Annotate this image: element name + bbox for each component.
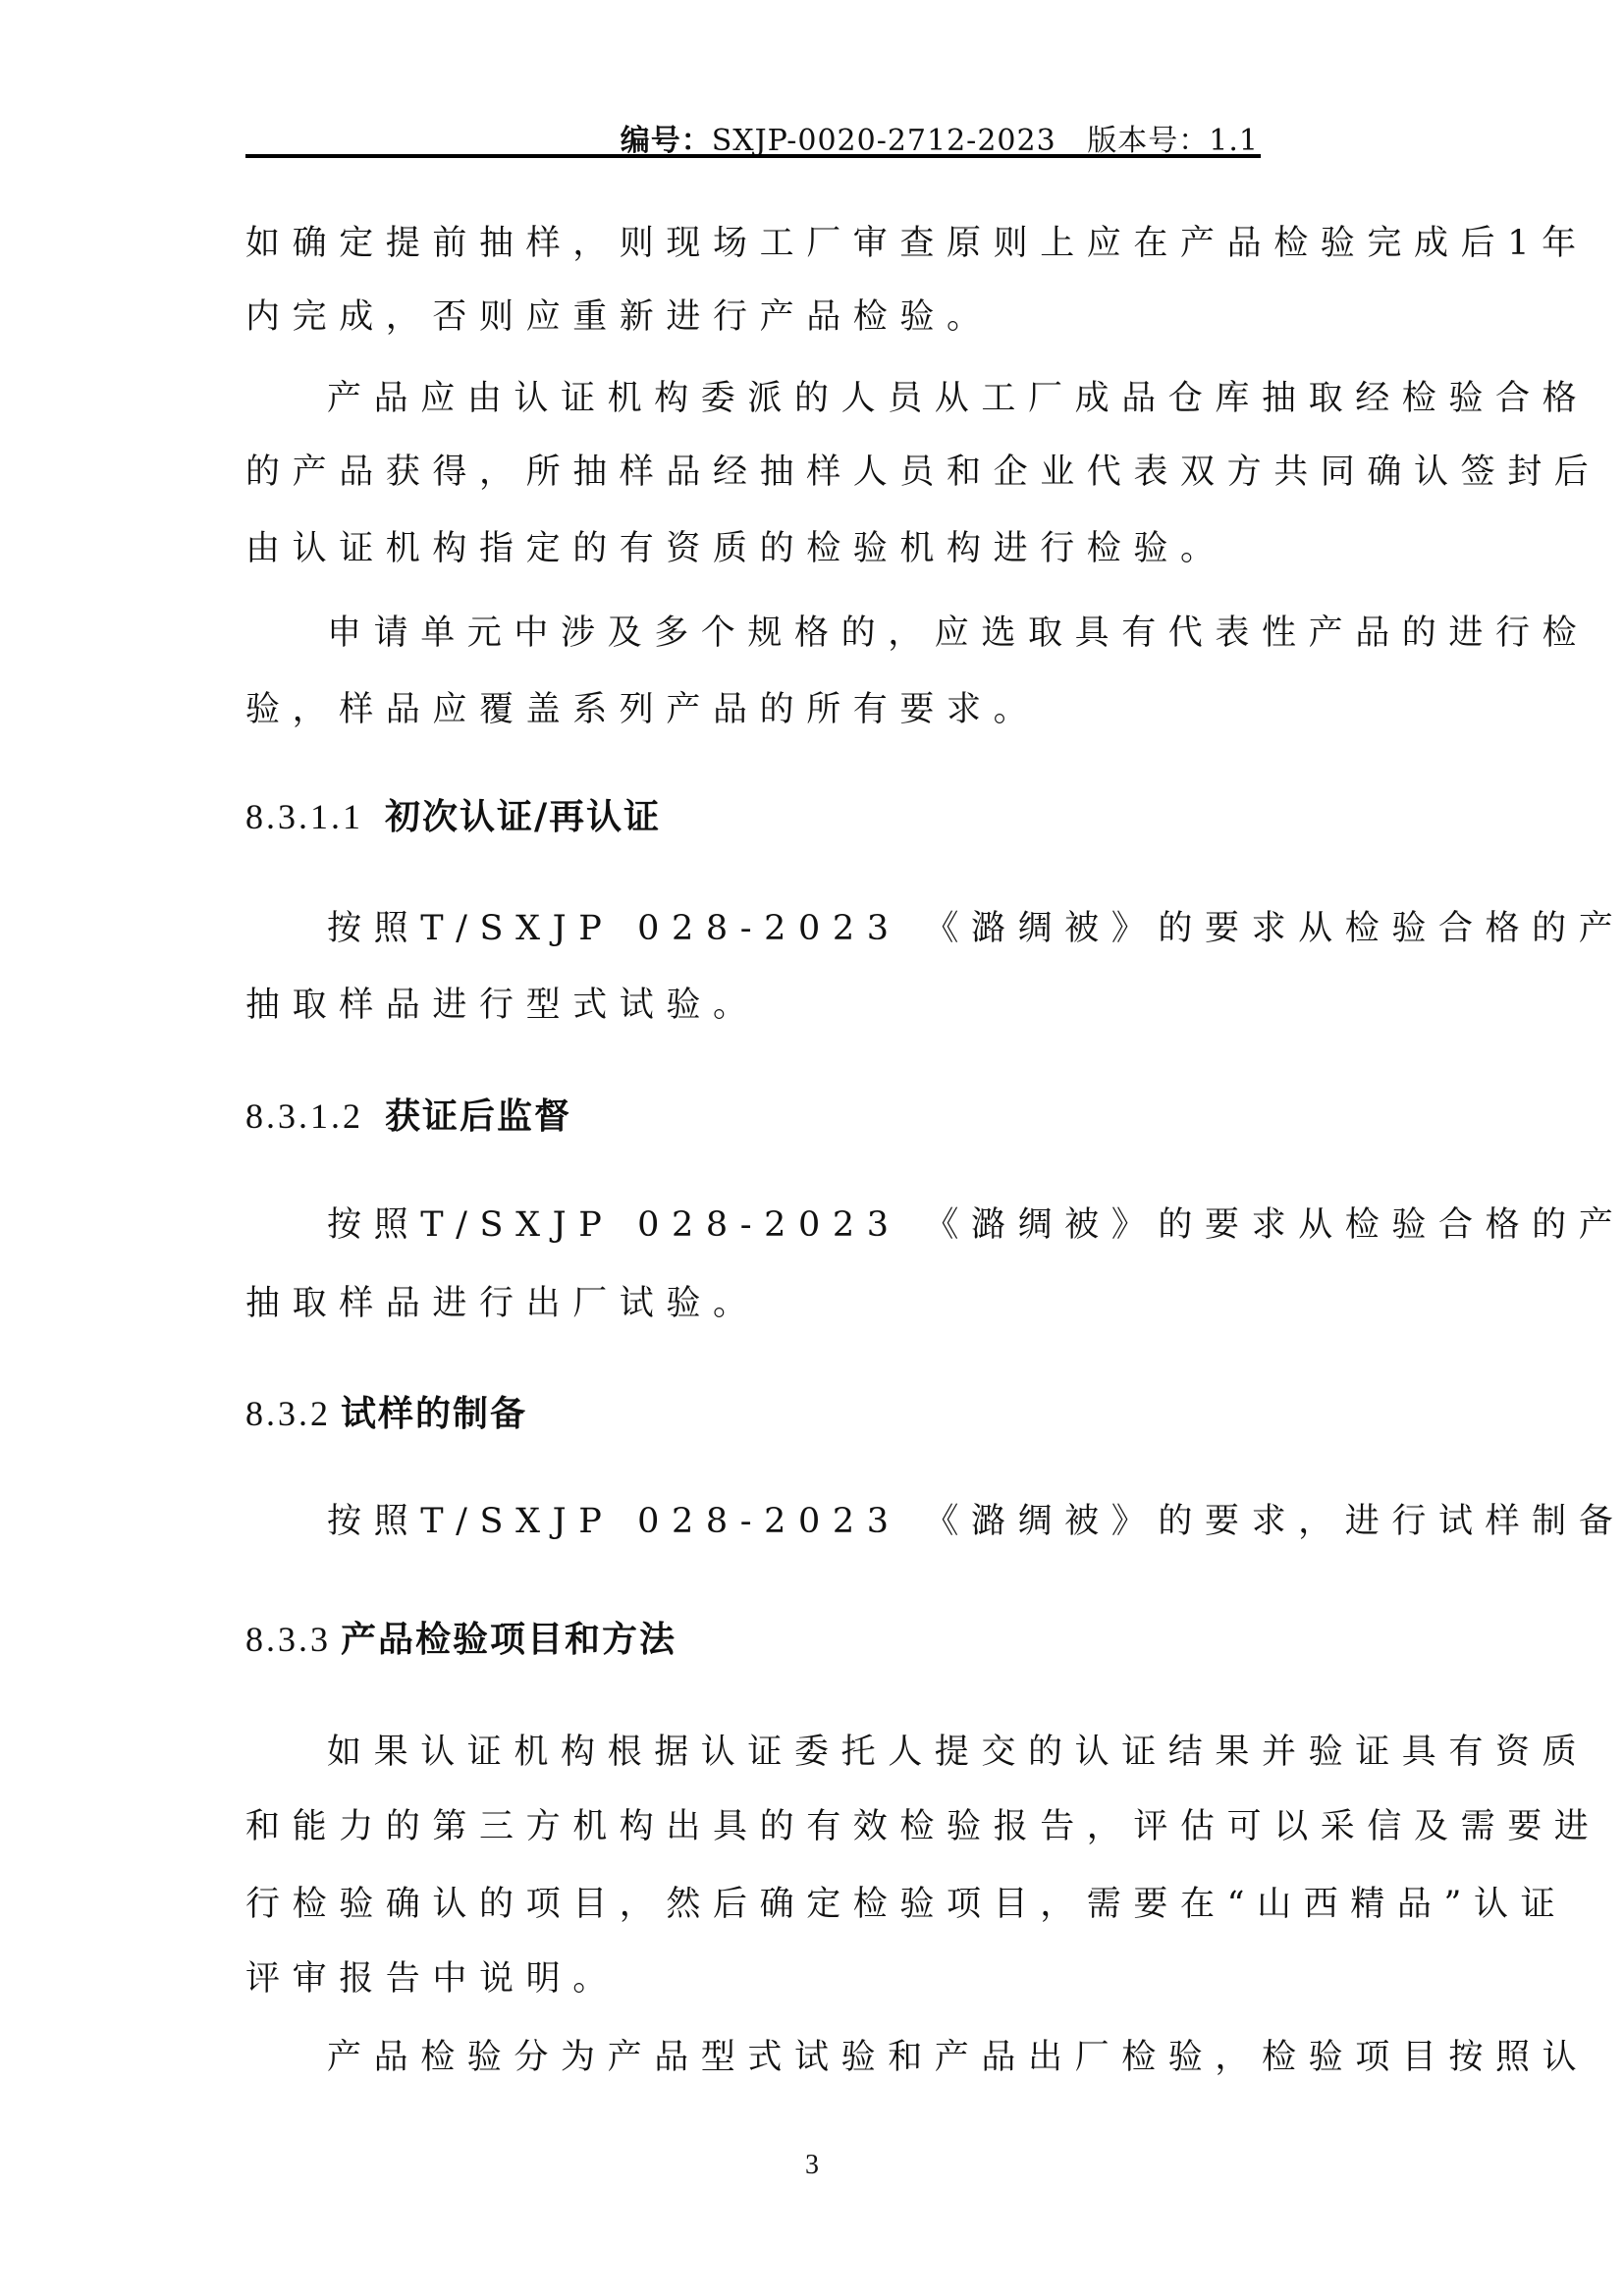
- paragraph-line: 验，样品应覆盖系列产品的所有要求。: [245, 688, 1394, 731]
- section-title: 试样的制备: [341, 1393, 527, 1434]
- header-divider: [245, 154, 1261, 158]
- section-heading-8-3-3: 8.3.3产品检验项目和方法: [245, 1618, 677, 1661]
- paragraph-line: 由认证机构指定的有资质的检验机构进行检验。: [245, 527, 1394, 570]
- section-heading-8-3-1-1: 8.3.1.1初次认证/再认证: [245, 795, 661, 838]
- section-number: 8.3.3: [245, 1620, 331, 1659]
- paragraph-line: 按照T/SXJP 028-2023 《潞绸被》的要求从检验合格的产品中: [327, 907, 1476, 950]
- section-heading-8-3-1-2: 8.3.1.2获证后监督: [245, 1095, 571, 1138]
- paragraph-line: 按照T/SXJP 028-2023 《潞绸被》的要求，进行试样制备。: [327, 1500, 1476, 1543]
- paragraph-line: 抽取样品进行出厂试验。: [245, 1282, 1394, 1325]
- paragraph-line: 行检验确认的项目，然后确定检验项目，需要在“山西精品”认证: [245, 1883, 1394, 1926]
- section-number: 8.3.1.1: [245, 797, 363, 836]
- version-number: 1.1: [1209, 124, 1259, 158]
- section-title: 初次认证/再认证: [385, 796, 661, 837]
- paragraph-line: 产品应由认证机构委派的人员从工厂成品仓库抽取经检验合格: [327, 377, 1476, 420]
- version-label: 版本号：: [1087, 124, 1209, 158]
- doc-number-label: 编号：: [621, 124, 712, 158]
- section-number: 8.3.1.2: [245, 1096, 363, 1136]
- paragraph-line: 和能力的第三方机构出具的有效检验报告，评估可以采信及需要进: [245, 1805, 1394, 1848]
- section-heading-8-3-2: 8.3.2试样的制备: [245, 1392, 527, 1435]
- paragraph-line: 抽取样品进行型式试验。: [245, 984, 1394, 1027]
- paragraph-line: 申请单元中涉及多个规格的，应选取具有代表性产品的进行检: [327, 612, 1476, 655]
- section-number: 8.3.2: [245, 1394, 331, 1433]
- paragraph-line: 的产品获得，所抽样品经抽样人员和企业代表双方共同确认签封后: [245, 451, 1394, 494]
- page-header: 编号：SXJP-0020-2712-2023 版本号：1.1: [621, 116, 1259, 159]
- page-number: 3: [0, 2150, 1624, 2181]
- paragraph-line: 评审报告中说明。: [245, 1957, 1394, 2001]
- paragraph-line: 产品检验分为产品型式试验和产品出厂检验，检验项目按照认: [327, 2036, 1476, 2079]
- doc-number: SXJP-0020-2712-2023: [712, 124, 1056, 158]
- paragraph-line: 如果认证机构根据认证委托人提交的认证结果并验证具有资质: [327, 1731, 1476, 1774]
- paragraph-line: 内完成，否则应重新进行产品检验。: [245, 295, 1394, 339]
- section-title: 产品检验项目和方法: [341, 1619, 677, 1660]
- section-title: 获证后监督: [385, 1095, 571, 1137]
- paragraph-line: 如确定提前抽样，则现场工厂审查原则上应在产品检验完成后1年: [245, 222, 1394, 265]
- paragraph-line: 按照T/SXJP 028-2023 《潞绸被》的要求从检验合格的产品中: [327, 1203, 1476, 1247]
